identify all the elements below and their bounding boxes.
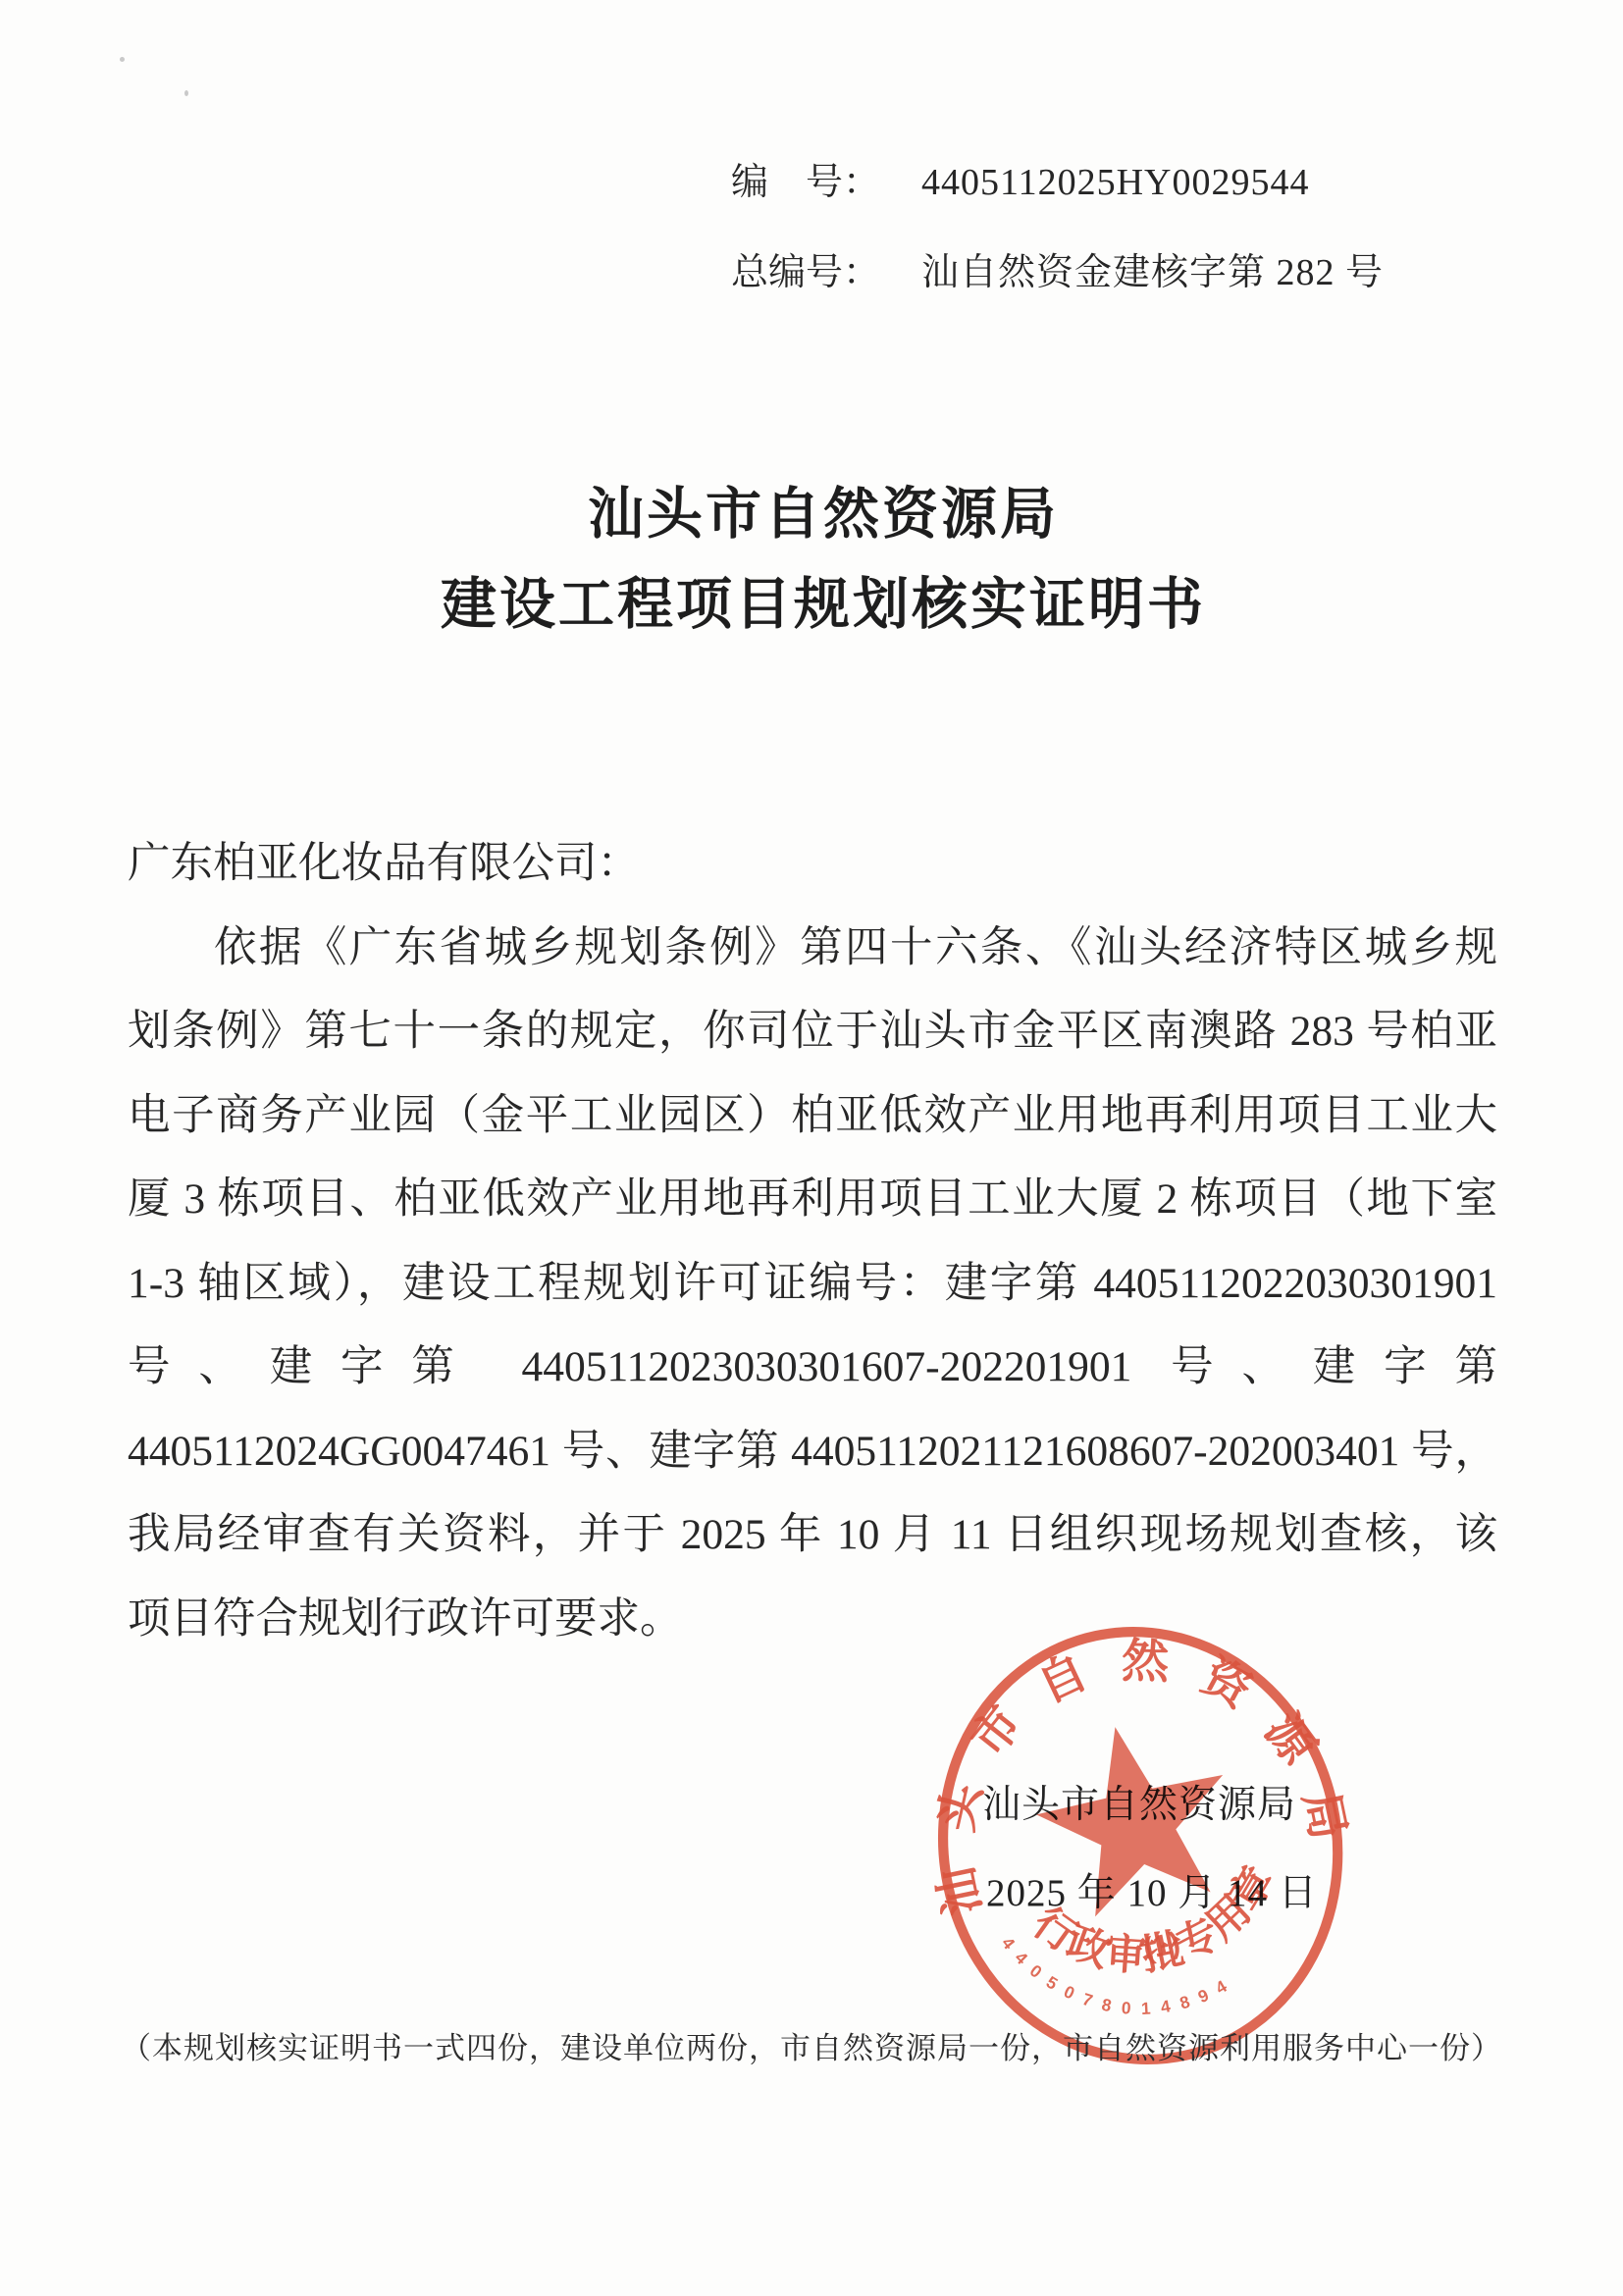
header-serials: 编 号： 4405112025HY0029544 总编号： 汕自然资金建核字第 … xyxy=(731,137,1384,318)
signature-agency: 汕头市自然资源局 xyxy=(982,1774,1296,1829)
body-line: 依据《广东省城乡规划条例》第四十六条、《汕头经济特区城乡规 xyxy=(128,907,1497,991)
seal-index-label: (1) xyxy=(1140,1926,1183,1966)
title-line-agency: 汕头市自然资源局 xyxy=(12,469,1623,559)
scan-artifact xyxy=(184,90,188,96)
seal-ring xyxy=(904,1595,1378,2097)
master-serial-label: 总编号： xyxy=(731,228,900,318)
body-line: 4405112024GG0047461 号、建字第 44051120211216… xyxy=(128,1410,1497,1494)
footer-note: （本规划核实证明书一式四份，建设单位两份，市自然资源局一份，市自然资源利用服务中… xyxy=(0,2023,1623,2067)
serial-number-label: 编 号： xyxy=(731,137,900,228)
body-line: 1-3 轴区域），建设工程规划许可证编号：建字第 440511202203030… xyxy=(128,1242,1497,1327)
body-line: 项目符合规划行政许可要求。 xyxy=(128,1578,1497,1662)
body-line: 划条例》第七十一条的规定，你司位于汕头市金平区南澳路 283 号柏亚 xyxy=(128,990,1497,1074)
document-body: 广东柏亚化妆品有限公司： 依据《广东省城乡规划条例》第四十六条、《汕头经济特区城… xyxy=(128,822,1497,1661)
body-line: 厦 3 栋项目、柏亚低效产业用地再利用项目工业大厦 2 栋项目（地下室 xyxy=(128,1158,1497,1242)
salutation: 广东柏亚化妆品有限公司： xyxy=(128,822,1497,907)
body-line: 电子商务产业园（金平工业园区）柏亚低效产业用地再利用项目工业大 xyxy=(128,1074,1497,1159)
body-line: 我局经审查有关资料，并于 2025 年 10 月 11 日组织现场规划查核，该 xyxy=(128,1493,1497,1578)
serial-number-value: 4405112025HY0029544 xyxy=(921,137,1309,228)
signature-date: 2025 年 10 月 14 日 xyxy=(986,1862,1318,1917)
master-serial-row: 总编号： 汕自然资金建核字第 282 号 xyxy=(731,228,1384,318)
body-line: 号、建字第 4405112023030301607-202201901 号、建字… xyxy=(128,1326,1497,1410)
master-serial-value: 汕自然资金建核字第 282 号 xyxy=(921,228,1384,318)
scan-artifact xyxy=(120,57,125,62)
document-title: 汕头市自然资源局 建设工程项目规划核实证明书 xyxy=(12,469,1623,650)
document-page: 编 号： 4405112025HY0029544 总编号： 汕自然资金建核字第 … xyxy=(0,0,1623,2296)
title-line-certificate: 建设工程项目规划核实证明书 xyxy=(12,559,1623,650)
serial-number-row: 编 号： 4405112025HY0029544 xyxy=(731,137,1384,228)
